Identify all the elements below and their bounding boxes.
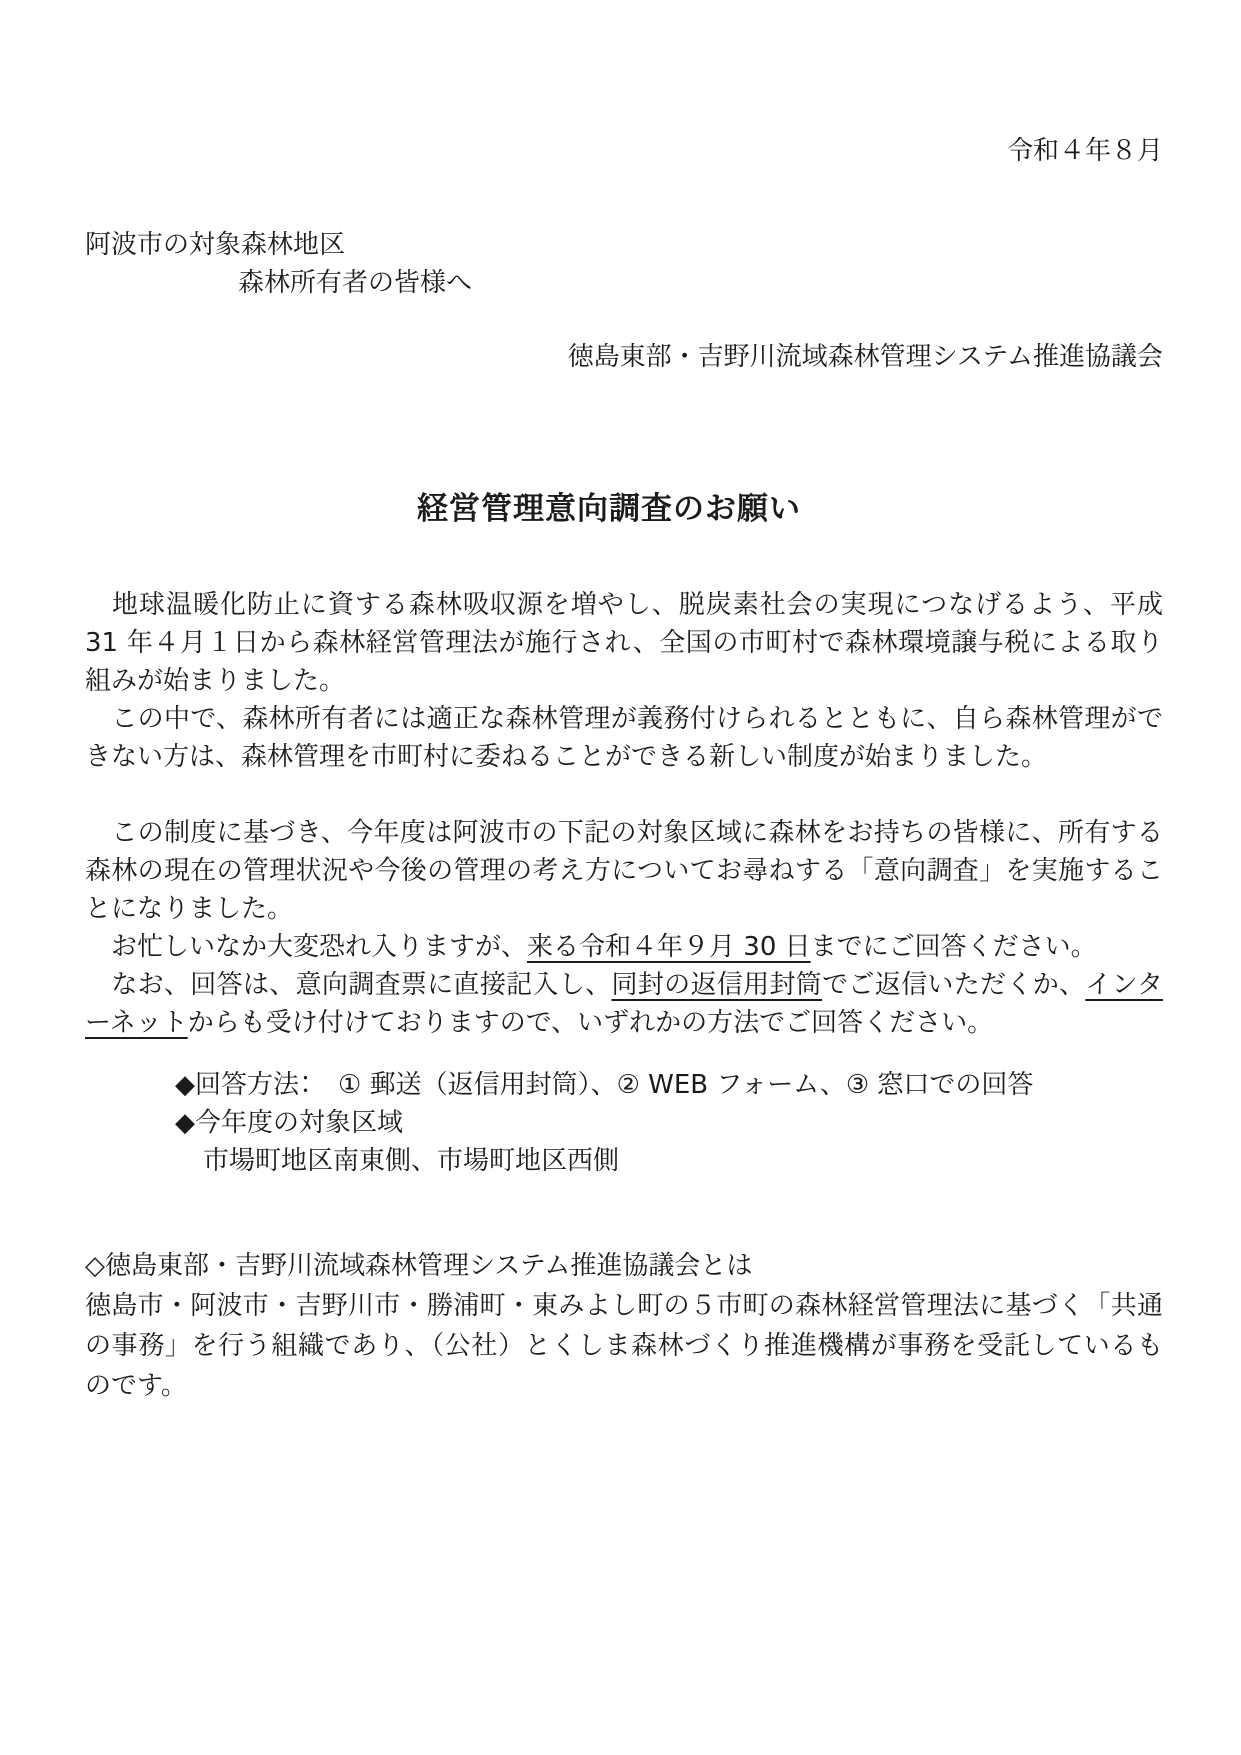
deadline-date-underlined: 来る令和４年９月 30 日 — [527, 932, 811, 962]
bullet-response-methods: ◆回答方法： ① 郵送（返信用封筒）、② WEB フォーム、③ 窓口での回答 — [175, 1066, 1163, 1104]
body-text: 地球温暖化防止に資する森林吸収源を増やし、脱炭素社会の実現につなげるよう、平成 … — [85, 586, 1163, 1042]
paragraph-deadline: お忙しいなか大変恐れ入りますが、来る令和４年９月 30 日までにご回答ください。 — [85, 928, 1163, 966]
reply-envelope-underlined: 同封の返信用封筒 — [612, 970, 823, 1000]
document-title: 経営管理意向調査のお願い — [85, 486, 1133, 532]
addressee-recipients: 森林所有者の皆様へ — [85, 264, 1163, 302]
deadline-post-text: までにご回答ください。 — [811, 932, 1097, 962]
bullet-target-area: ◆今年度の対象区域 — [175, 1104, 1163, 1142]
addressee-district: 阿波市の対象森林地区 — [85, 226, 1163, 264]
response-pre-text: なお、回答は、意向調査票に直接記入し、 — [85, 970, 612, 1000]
paragraph-background-law: 地球温暖化防止に資する森林吸収源を増やし、脱炭素社会の実現につなげるよう、平成 … — [85, 586, 1163, 700]
bullet-target-area-detail: 市場町地区南東側、市場町地区西側 — [175, 1142, 1163, 1180]
paragraph-survey-intro: この制度に基づき、今年度は阿波市の下記の対象区域に森林をお持ちの皆様に、所有する… — [85, 814, 1163, 928]
document-page: 令和４年８月 阿波市の対象森林地区 森林所有者の皆様へ 徳島東部・吉野川流域森林… — [0, 0, 1241, 1755]
document-date: 令和４年８月 — [85, 0, 1163, 170]
sender-organization: 徳島東部・吉野川流域森林管理システム推進協議会 — [85, 338, 1163, 376]
footer-heading: ◇徳島東部・吉野川流域森林管理システム推進協議会とは — [85, 1246, 1163, 1286]
paragraph-new-system: この中で、森林所有者には適正な森林管理が義務付けられるとともに、自ら森林管理がで… — [85, 700, 1163, 776]
paragraph-response-methods: なお、回答は、意向調査票に直接記入し、同封の返信用封筒でご返信いただくか、インタ… — [85, 966, 1163, 1042]
response-mid-text: でご返信いただくか、 — [822, 970, 1085, 1000]
addressee-block: 阿波市の対象森林地区 森林所有者の皆様へ — [85, 226, 1163, 302]
footer-note: ◇徳島東部・吉野川流域森林管理システム推進協議会とは 徳島市・阿波市・吉野川市・… — [85, 1246, 1163, 1406]
bullet-list: ◆回答方法： ① 郵送（返信用封筒）、② WEB フォーム、③ 窓口での回答 ◆… — [85, 1066, 1163, 1180]
response-post-text: からも受け付けておりますので、いずれかの方法でご回答ください。 — [188, 1008, 993, 1038]
footer-description: 徳島市・阿波市・吉野川市・勝浦町・東みよし町の５市町の森林経営管理法に基づく「共… — [85, 1286, 1163, 1406]
deadline-pre-text: お忙しいなか大変恐れ入りますが、 — [85, 932, 527, 962]
